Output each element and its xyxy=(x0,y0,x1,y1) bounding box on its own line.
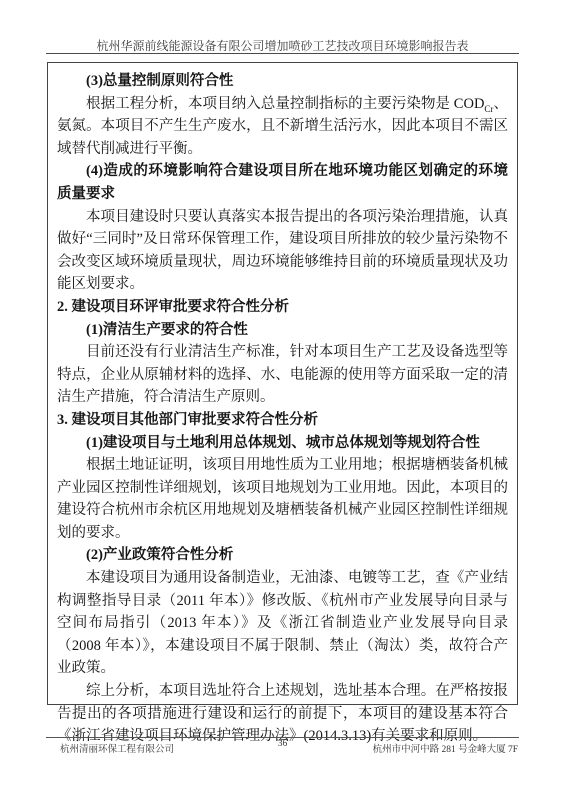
text-run: 目前还没有行业清洁生产标准，针对本项目生产工艺及设备选型等特点，企业从原辅材料的… xyxy=(57,344,508,405)
paragraph: 根据工程分析，本项目纳入总量控制指标的主要污染物是 CODCr、氨氮。本项目不产… xyxy=(57,93,508,161)
sub-heading: (1)清洁生产要求的符合性 xyxy=(57,319,508,342)
sub-heading: (2)产业政策符合性分析 xyxy=(57,544,508,567)
section-heading: 2. 建设项目环评审批要求符合性分析 xyxy=(57,296,508,319)
sub-heading: (3)总量控制原则符合性 xyxy=(57,70,508,93)
content-blocks: (3)总量控制原则符合性根据工程分析，本项目纳入总量控制指标的主要污染物是 CO… xyxy=(48,63,517,748)
page-footer: 杭州清丽环保工程有限公司 36 杭州市中河中路 281 号金峰大厦 7F xyxy=(46,739,519,755)
text-run: 3. 建设项目其他部门审批要求符合性分析 xyxy=(57,412,318,428)
footer-divider xyxy=(46,737,519,738)
text-run: 根据工程分析，本项目纳入总量控制指标的主要污染物是 COD xyxy=(86,96,484,112)
report-page: 杭州华源前线能源设备有限公司增加喷砂工艺技改项目环境影响报告表 (3)总量控制原… xyxy=(0,0,565,798)
text-run: (2)产业政策符合性分析 xyxy=(86,547,233,563)
sub-heading: (4)造成的环境影响符合建设项目所在地环境功能区划确定的环境质量要求 xyxy=(57,160,508,205)
text-run: 根据土地证证明，该项目用地性质为工业用地；根据塘栖装备机械产业园区控制性详细规划… xyxy=(57,457,508,541)
paragraph: 根据土地证证明，该项目用地性质为工业用地；根据塘栖装备机械产业园区控制性详细规划… xyxy=(57,454,508,544)
text-run: (4)造成的环境影响符合建设项目所在地环境功能区划确定的环境质量要求 xyxy=(57,163,508,202)
text-run: 综上分析，本项目选址符合上述规划，选址基本合理。在严格按报告提出的各项措施进行建… xyxy=(57,683,508,744)
text-run: (3)总量控制原则符合性 xyxy=(86,73,233,89)
header-divider xyxy=(46,53,519,54)
text-run: 本项目建设时只要认真落实本报告提出的各项污染治理措施，认真做好“三同时”及日常环… xyxy=(57,209,508,293)
content-box: (3)总量控制原则符合性根据工程分析，本项目纳入总量控制指标的主要污染物是 CO… xyxy=(47,62,518,705)
text-run: 本建设项目为通用设备制造业，无油漆、电镀等工艺，查《产业结构调整指导目录（201… xyxy=(57,570,508,676)
paragraph: 本建设项目为通用设备制造业，无油漆、电镀等工艺，查《产业结构调整指导目录（201… xyxy=(57,567,508,680)
sub-heading: (1)建设项目与土地利用总体规划、城市总体规划等规划符合性 xyxy=(57,432,508,455)
text-run: (1)清洁生产要求的符合性 xyxy=(86,322,248,338)
paragraph: 目前还没有行业清洁生产标准，针对本项目生产工艺及设备选型等特点，企业从原辅材料的… xyxy=(57,341,508,409)
text-run: (1)建设项目与土地利用总体规划、城市总体规划等规划符合性 xyxy=(86,435,480,451)
paragraph: 本项目建设时只要认真落实本报告提出的各项污染治理措施，认真做好“三同时”及日常环… xyxy=(57,206,508,296)
text-run: 2. 建设项目环评审批要求符合性分析 xyxy=(57,299,289,315)
section-heading: 3. 建设项目其他部门审批要求符合性分析 xyxy=(57,409,508,432)
report-header-title: 杭州华源前线能源设备有限公司增加喷砂工艺技改项目环境影响报告表 xyxy=(0,37,565,54)
footer-address: 杭州市中河中路 281 号金峰大厦 7F xyxy=(373,741,518,755)
